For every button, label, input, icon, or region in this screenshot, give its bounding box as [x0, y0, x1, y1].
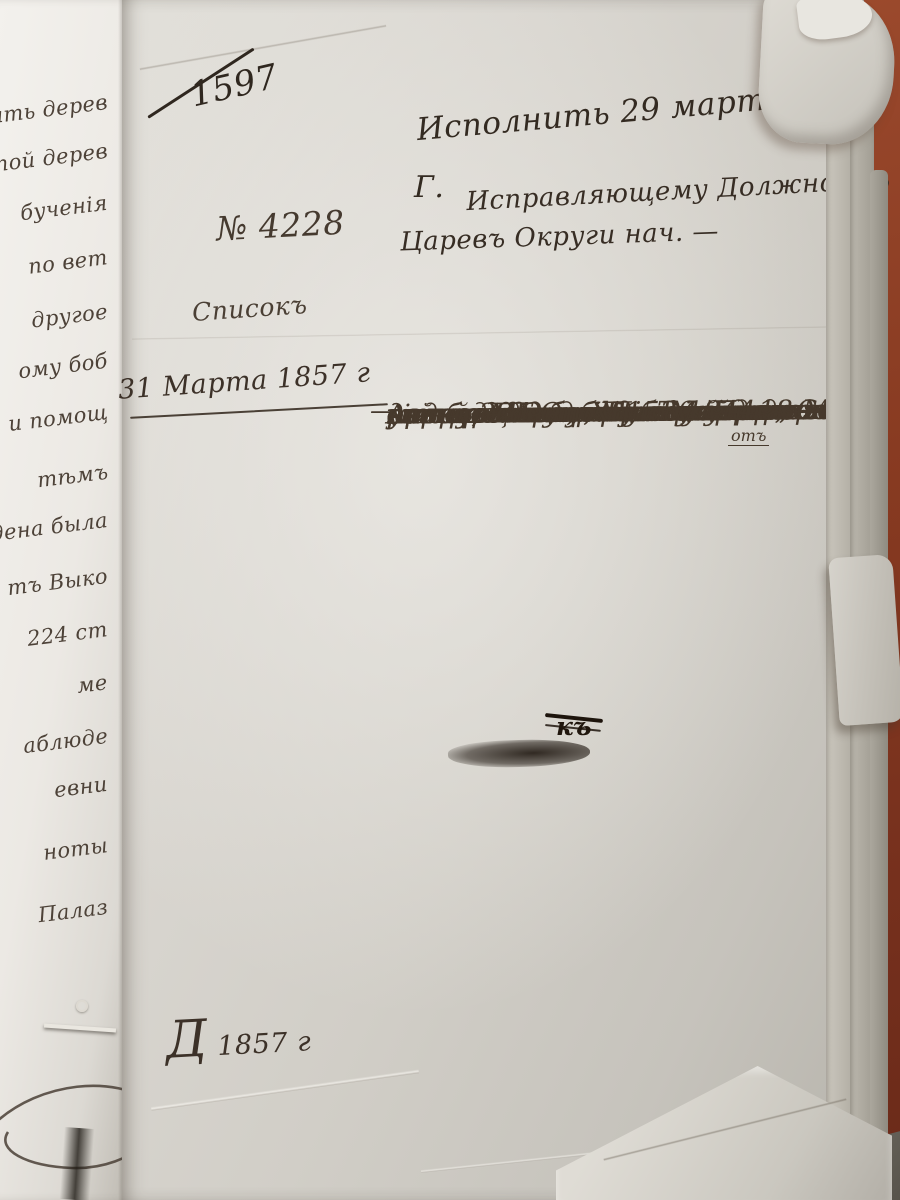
previous-page-line-fragment: ому боб: [17, 349, 109, 384]
body-text-line: ласно 224 ст XII т учени: [386, 393, 761, 436]
correction-text: къ: [556, 712, 592, 741]
previous-page-line-fragment: ноты: [42, 833, 110, 865]
previous-page-line-fragment: ме: [76, 670, 109, 698]
previous-page-line-fragment: дена была: [0, 508, 109, 546]
previous-page-line-fragment: нать дерев: [0, 90, 109, 130]
previous-page-line-fragment: бученія: [19, 191, 109, 226]
previous-page-line-fragment: тѣмъ: [35, 460, 109, 493]
previous-page-line-fragment: Палаз: [37, 895, 110, 927]
previous-page-line-fragment: и помощ: [7, 400, 109, 436]
previous-page-line-fragment: аблюде: [22, 724, 110, 758]
document-number: № 4228: [215, 203, 346, 249]
previous-page-line-fragment: евни: [53, 772, 109, 802]
previous-page-line-fragment: 224 ст: [26, 617, 109, 651]
photo-of-archival-document: нать деревтой деревбученіяпо ветдругоеом…: [0, 0, 900, 1200]
body-text: Астраханское Губернскоеправленіе Отношен…: [386, 392, 866, 1157]
addressee-prefix: Г.: [414, 170, 444, 205]
previous-page-text-column: нать деревтой деревбученіяпо ветдругоеом…: [0, 0, 120, 1200]
previous-page-line-fragment: той дерев: [0, 139, 109, 177]
previous-page-line-fragment: по вет: [27, 245, 109, 279]
binding-thread-loop: [76, 1000, 88, 1012]
gutter-dark-gap: [60, 1127, 95, 1200]
previous-page-line-fragment: тъ Выко: [6, 564, 109, 600]
protruding-sheet-tab: [828, 554, 900, 726]
interlinear-insert: отъ: [728, 426, 769, 446]
previous-page-line-fragment: другое: [30, 299, 109, 332]
